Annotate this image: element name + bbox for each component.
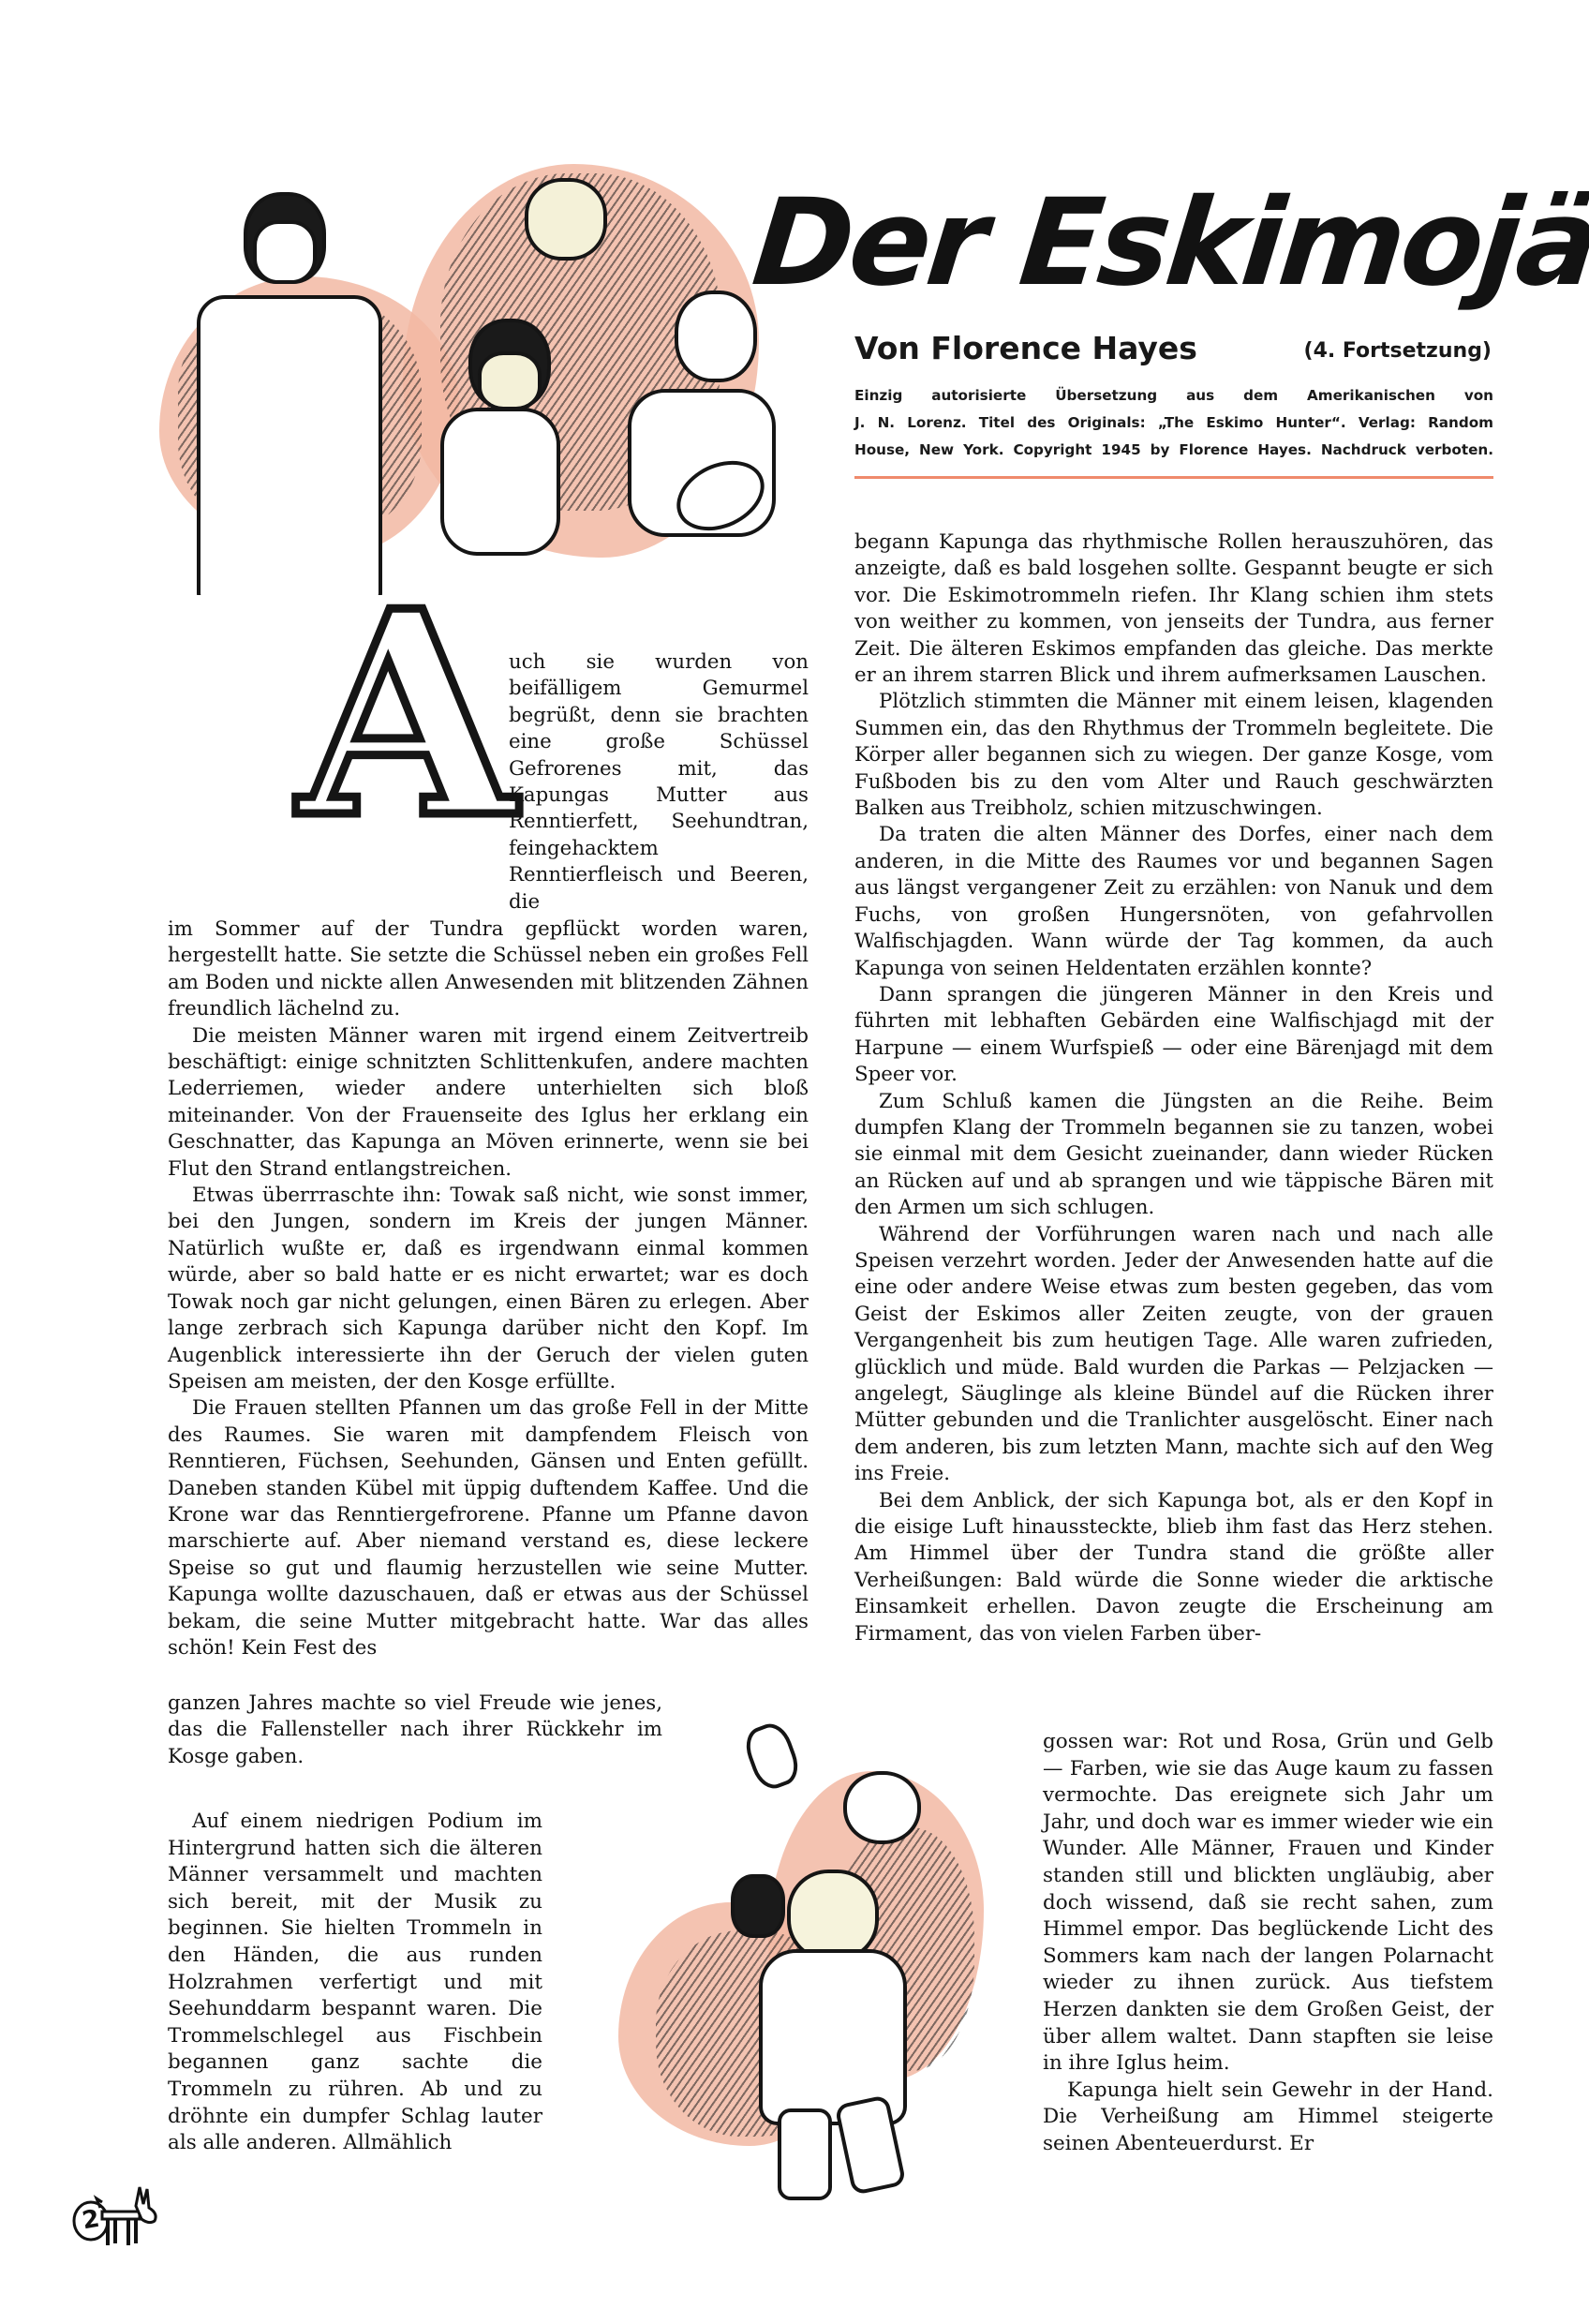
installment-label: (4. Fortsetzung) <box>1304 339 1492 363</box>
right-column-tail: gossen war: Rot und Rosa, Grün und Gelb … <box>1043 1729 1493 2158</box>
article-title: Der Eskimojäger <box>746 159 1513 328</box>
left-column-tail: ganzen Jahres machte so viel Freude wie … <box>168 1691 662 1770</box>
page-number-badge: 2 <box>70 2183 168 2249</box>
left-column: im Sommer auf der Tundra gepflückt worde… <box>168 916 809 1661</box>
left-column-bottom: Auf einem niedrigen Podium im Hintergrun… <box>168 1809 542 2157</box>
paragraph: uch sie wurden von beifälligem Gemurmel … <box>509 649 809 916</box>
paragraph: Kapunga hielt sein Gewehr in der Hand. D… <box>1043 2078 1493 2158</box>
paragraph: Etwas überrraschte ihn: Towak saß nicht,… <box>168 1183 809 1395</box>
drop-cap-continuation: uch sie wurden von beifälligem Gemurmel … <box>509 649 809 916</box>
author-byline: Von Florence Hayes <box>854 330 1197 366</box>
paragraph: ganzen Jahres machte so viel Freude wie … <box>168 1691 662 1770</box>
paragraph: gossen war: Rot und Rosa, Grün und Gelb … <box>1043 1729 1493 2078</box>
header-divider <box>854 476 1493 479</box>
top-illustration <box>141 155 796 595</box>
paragraph: Auf einem niedrigen Podium im Hintergrun… <box>168 1809 542 2157</box>
credits-line: J. N. Lorenz. Titel des Originals: „The … <box>854 410 1493 437</box>
credits-line: House, New York. Copyright 1945 by Flore… <box>854 437 1493 464</box>
right-column: begann Kapunga das rhythmische Rollen he… <box>854 529 1493 1647</box>
paragraph: Die meisten Männer waren mit irgend eine… <box>168 1023 809 1183</box>
drop-cap: A <box>298 588 504 842</box>
paragraph: Zum Schluß kamen die Jüngsten an die Rei… <box>854 1089 1493 1222</box>
credits-line: Einzig autorisierte Übersetzung aus dem … <box>854 382 1493 410</box>
paragraph: Dann sprangen die jüngeren Männer in den… <box>854 982 1493 1089</box>
translation-credits: Einzig autorisierte Übersetzung aus dem … <box>854 382 1493 464</box>
paragraph: Da traten die alten Männer des Dorfes, e… <box>854 822 1493 981</box>
paragraph: Bei dem Anblick, der sich Kapunga bot, a… <box>854 1488 1493 1647</box>
paragraph: im Sommer auf der Tundra gepflückt worde… <box>168 916 809 1023</box>
paragraph: Plötzlich stimmten die Männer mit einem … <box>854 689 1493 822</box>
bottom-illustration <box>600 1715 1031 2212</box>
paragraph: begann Kapunga das rhythmische Rollen he… <box>854 529 1493 689</box>
paragraph: Während der Vorführungen waren nach und … <box>854 1222 1493 1488</box>
paragraph: Die Frauen stellten Pfannen um das große… <box>168 1395 809 1661</box>
